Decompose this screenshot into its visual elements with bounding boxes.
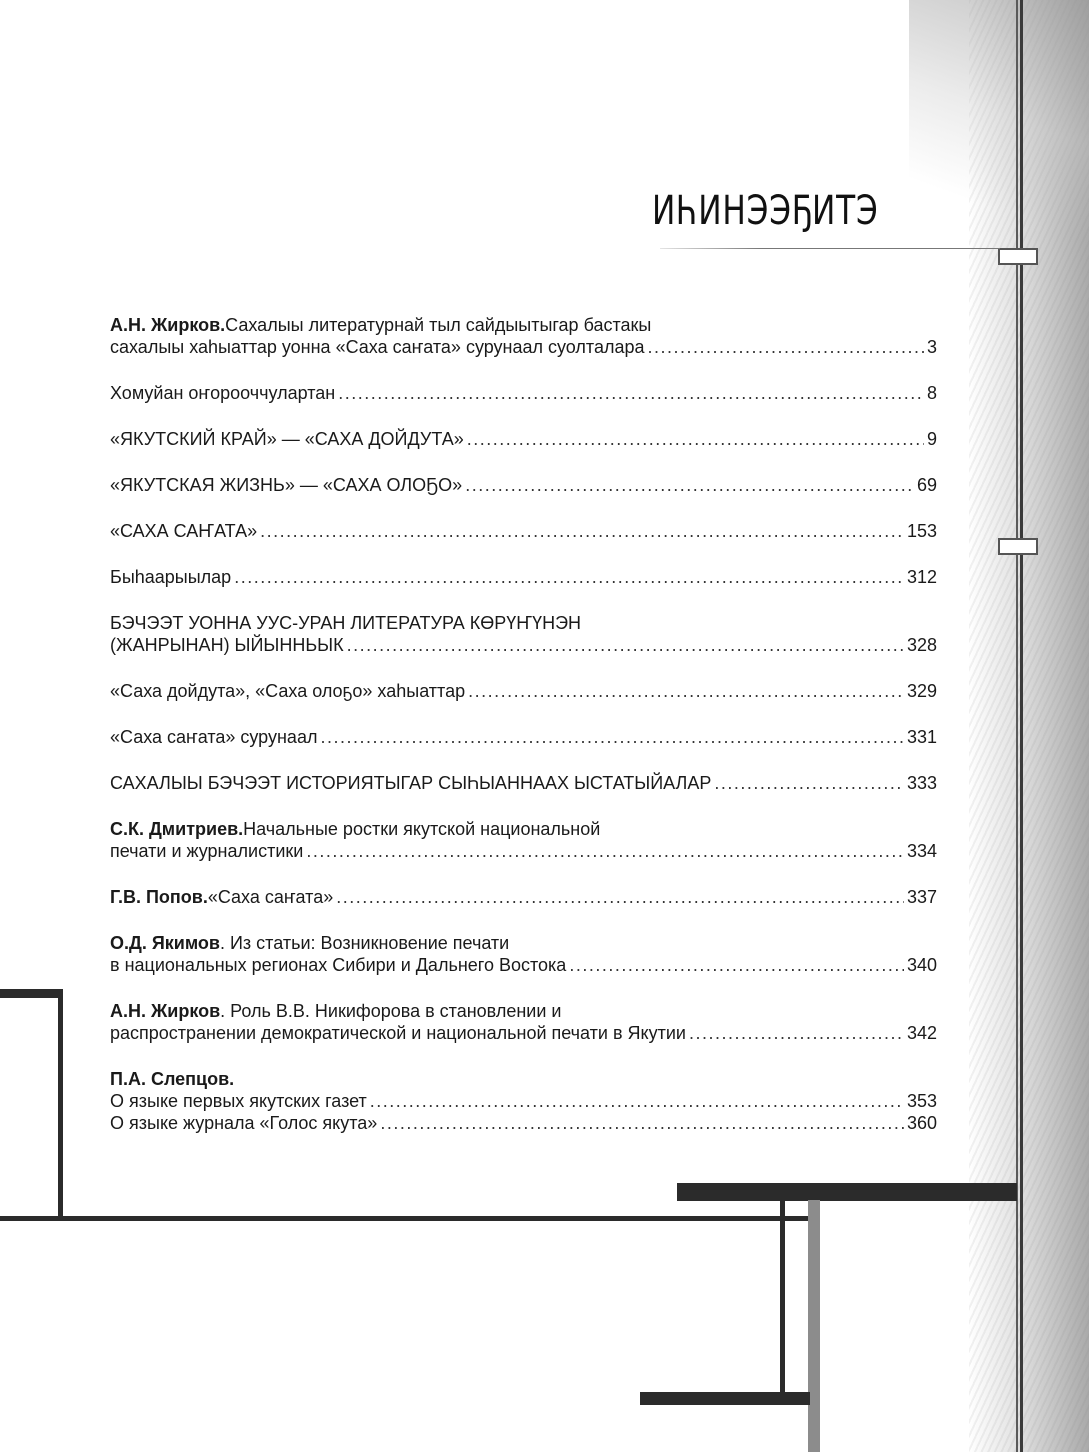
- leader-dots: [338, 382, 924, 404]
- entry-spacer: [110, 862, 937, 886]
- toc-entry[interactable]: «ЯКУТСКАЯ ЖИЗНЬ» — «САХА ОЛОҔО»69: [110, 474, 937, 496]
- deco-bar-dark-vertical: [780, 1200, 785, 1392]
- toc-entry[interactable]: П.А. Слепцов.О языке первых якутских газ…: [110, 1068, 937, 1134]
- leader-dots: [465, 474, 914, 496]
- toc-entry-line: А.Н. Жирков. Сахалыы литературнай тыл са…: [110, 314, 937, 336]
- leader-dots: [260, 520, 904, 542]
- deco-bar-grey-vertical: [808, 1200, 820, 1452]
- toc-entry-title: О языке первых якутских газет: [110, 1090, 367, 1112]
- table-of-contents: А.Н. Жирков. Сахалыы литературнай тыл са…: [110, 314, 937, 1134]
- toc-entry-title: Хомуйан оҥорооччулартан: [110, 382, 335, 404]
- toc-entry-line: сахалыы хаһыаттар уонна «Саха саҥата» су…: [110, 336, 937, 358]
- page-number: 312: [907, 566, 937, 588]
- page-number: 337: [907, 886, 937, 908]
- toc-entry[interactable]: «Саха дойдута», «Саха олоҕо» хаһыаттар32…: [110, 680, 937, 702]
- toc-entry[interactable]: БЭЧЭЭТ УОННА УУС-УРАН ЛИТЕРАТУРА КӨРҮҤҮН…: [110, 612, 937, 656]
- toc-entry-title: распространении демократической и национ…: [110, 1022, 686, 1044]
- toc-entry-line: (ЖАНРЫНАН) ЫЙЫННЬЫК328: [110, 634, 937, 656]
- entry-spacer: [110, 450, 937, 474]
- toc-entry-title: «ЯКУТСКИЙ КРАЙ» — «САХА ДОЙДУТА»: [110, 428, 464, 450]
- toc-entry-author: О.Д. Якимов: [110, 932, 220, 954]
- page-number: 9: [927, 428, 937, 450]
- entry-spacer: [110, 588, 937, 612]
- toc-entry-author: П.А. Слепцов.: [110, 1068, 234, 1090]
- page-number: 353: [907, 1090, 937, 1112]
- page-number: 340: [907, 954, 937, 976]
- leader-dots: [336, 886, 904, 908]
- toc-entry-line: «ЯКУТСКАЯ ЖИЗНЬ» — «САХА ОЛОҔО»69: [110, 474, 937, 496]
- entry-spacer: [110, 358, 937, 382]
- toc-entry-line: печати и журналистики334: [110, 840, 937, 862]
- entry-spacer: [110, 1044, 937, 1068]
- page-number: 8: [927, 382, 937, 404]
- leader-dots: [370, 1090, 904, 1112]
- toc-entry-line: С.К. Дмитриев. Начальные ростки якутской…: [110, 818, 937, 840]
- entry-spacer: [110, 908, 937, 932]
- entry-spacer: [110, 702, 937, 726]
- page-number: 360: [907, 1112, 937, 1134]
- toc-entry[interactable]: О.Д. Якимов. Из статьи: Возникновение пе…: [110, 932, 937, 976]
- leader-dots: [689, 1022, 904, 1044]
- leader-dots: [569, 954, 904, 976]
- rule-tab-middle: [998, 538, 1038, 555]
- toc-entry-title: «Саха саҥата» сурунаал: [110, 726, 317, 748]
- leader-dots: [648, 336, 924, 358]
- toc-entry-title: Сахалыы литературнай тыл сайдыытыгар бас…: [225, 314, 651, 336]
- deco-bar-lower: [640, 1392, 810, 1405]
- leader-dots: [306, 840, 904, 862]
- toc-entry-title: . Роль В.В. Никифорова в становлении и: [220, 1000, 561, 1022]
- page-title: ИҺИНЭЭҔИТЭ: [652, 188, 879, 234]
- deco-bar-thick-top: [677, 1183, 1017, 1201]
- toc-entry-line: О.Д. Якимов. Из статьи: Возникновение пе…: [110, 932, 937, 954]
- toc-entry-line: «САХА САҤАТА»153: [110, 520, 937, 542]
- toc-entry-title: «ЯКУТСКАЯ ЖИЗНЬ» — «САХА ОЛОҔО»: [110, 474, 462, 496]
- page-number: 331: [907, 726, 937, 748]
- page-number: 69: [917, 474, 937, 496]
- entry-spacer: [110, 404, 937, 428]
- leader-dots: [320, 726, 903, 748]
- toc-entry[interactable]: С.К. Дмитриев. Начальные ростки якутской…: [110, 818, 937, 862]
- toc-entry[interactable]: Г.В. Попов. «Саха саҥата»337: [110, 886, 937, 908]
- toc-entry-line: Г.В. Попов. «Саха саҥата»337: [110, 886, 937, 908]
- vertical-rule-outer: [1016, 0, 1018, 1452]
- toc-entry-line: «ЯКУТСКИЙ КРАЙ» — «САХА ДОЙДУТА»9: [110, 428, 937, 450]
- page-number: 334: [907, 840, 937, 862]
- leader-dots: [380, 1112, 904, 1134]
- toc-entry[interactable]: Быһаарыылар312: [110, 566, 937, 588]
- toc-entry[interactable]: «ЯКУТСКИЙ КРАЙ» — «САХА ДОЙДУТА»9: [110, 428, 937, 450]
- page-number: 329: [907, 680, 937, 702]
- toc-entry-author: А.Н. Жирков: [110, 1000, 220, 1022]
- toc-entry-author: С.К. Дмитриев.: [110, 818, 243, 840]
- toc-entry[interactable]: «САХА САҤАТА»153: [110, 520, 937, 542]
- toc-entry-line: Хомуйан оҥорооччулартан8: [110, 382, 937, 404]
- toc-entry-line: БЭЧЭЭТ УОННА УУС-УРАН ЛИТЕРАТУРА КӨРҮҤҮН…: [110, 612, 937, 634]
- toc-subentry[interactable]: О языке первых якутских газет353: [110, 1090, 937, 1112]
- toc-entry-title: Быһаарыылар: [110, 566, 231, 588]
- toc-entry-line: в национальных регионах Сибири и Дальнег…: [110, 954, 937, 976]
- entry-spacer: [110, 976, 937, 1000]
- toc-entry-title: . Из статьи: Возникновение печати: [220, 932, 509, 954]
- toc-entry[interactable]: А.Н. Жирков. Роль В.В. Никифорова в стан…: [110, 1000, 937, 1044]
- background-shading: [909, 0, 1089, 260]
- entry-spacer: [110, 542, 937, 566]
- page-number: 328: [907, 634, 937, 656]
- deco-bar-left-vertical: [58, 989, 63, 1219]
- toc-entry-title: БЭЧЭЭТ УОННА УУС-УРАН ЛИТЕРАТУРА КӨРҮҤҮН…: [110, 612, 581, 634]
- leader-dots: [468, 680, 904, 702]
- toc-entry-line: «Саха дойдута», «Саха олоҕо» хаһыаттар32…: [110, 680, 937, 702]
- toc-entry-line: распространении демократической и национ…: [110, 1022, 937, 1044]
- toc-entry-line: П.А. Слепцов.: [110, 1068, 937, 1090]
- vertical-rule-inner: [1020, 0, 1023, 1452]
- entry-spacer: [110, 496, 937, 520]
- toc-entry[interactable]: «Саха саҥата» сурунаал331: [110, 726, 937, 748]
- toc-entry-title: Начальные ростки якутской национальной: [243, 818, 600, 840]
- toc-entry-title: «Саха дойдута», «Саха олоҕо» хаһыаттар: [110, 680, 465, 702]
- toc-subentry[interactable]: О языке журнала «Голос якута»360: [110, 1112, 937, 1134]
- rule-tab-top: [998, 248, 1038, 265]
- toc-entry-line: Быһаарыылар312: [110, 566, 937, 588]
- toc-entry[interactable]: А.Н. Жирков. Сахалыы литературнай тыл са…: [110, 314, 937, 358]
- leader-dots: [467, 428, 924, 450]
- page-number: 153: [907, 520, 937, 542]
- newspaper-background-strip: [969, 0, 1089, 1452]
- entry-spacer: [110, 748, 937, 772]
- toc-entry-line: «Саха саҥата» сурунаал331: [110, 726, 937, 748]
- leader-dots: [714, 772, 904, 794]
- toc-entry[interactable]: САХАЛЫЫ БЭЧЭЭТ ИСТОРИЯТЫГАР СЫҺЫАННААХ Ы…: [110, 772, 937, 794]
- toc-entry-title: САХАЛЫЫ БЭЧЭЭТ ИСТОРИЯТЫГАР СЫҺЫАННААХ Ы…: [110, 772, 711, 794]
- toc-entry[interactable]: Хомуйан оҥорооччулартан8: [110, 382, 937, 404]
- toc-entry-line: А.Н. Жирков. Роль В.В. Никифорова в стан…: [110, 1000, 937, 1022]
- entry-spacer: [110, 794, 937, 818]
- deco-bar-left-top: [0, 989, 63, 998]
- toc-entry-title: О языке журнала «Голос якута»: [110, 1112, 377, 1134]
- toc-entry-line: САХАЛЫЫ БЭЧЭЭТ ИСТОРИЯТЫГАР СЫҺЫАННААХ Ы…: [110, 772, 937, 794]
- toc-entry-title: печати и журналистики: [110, 840, 303, 862]
- toc-entry-title: «САХА САҤАТА»: [110, 520, 257, 542]
- toc-entry-author: А.Н. Жирков.: [110, 314, 225, 336]
- leader-dots: [347, 634, 904, 656]
- entry-spacer: [110, 656, 937, 680]
- page-number: 3: [927, 336, 937, 358]
- toc-entry-title: сахалыы хаһыаттар уонна «Саха саҥата» су…: [110, 336, 645, 358]
- title-underline: [660, 248, 1000, 249]
- toc-entry-title: в национальных регионах Сибири и Дальнег…: [110, 954, 566, 976]
- toc-entry-author: Г.В. Попов.: [110, 886, 208, 908]
- toc-entry-title: «Саха саҥата»: [208, 886, 333, 908]
- page-number: 333: [907, 772, 937, 794]
- deco-bar-bottom-horizontal: [0, 1216, 810, 1221]
- toc-entry-title: (ЖАНРЫНАН) ЫЙЫННЬЫК: [110, 634, 344, 656]
- page-number: 342: [907, 1022, 937, 1044]
- leader-dots: [234, 566, 904, 588]
